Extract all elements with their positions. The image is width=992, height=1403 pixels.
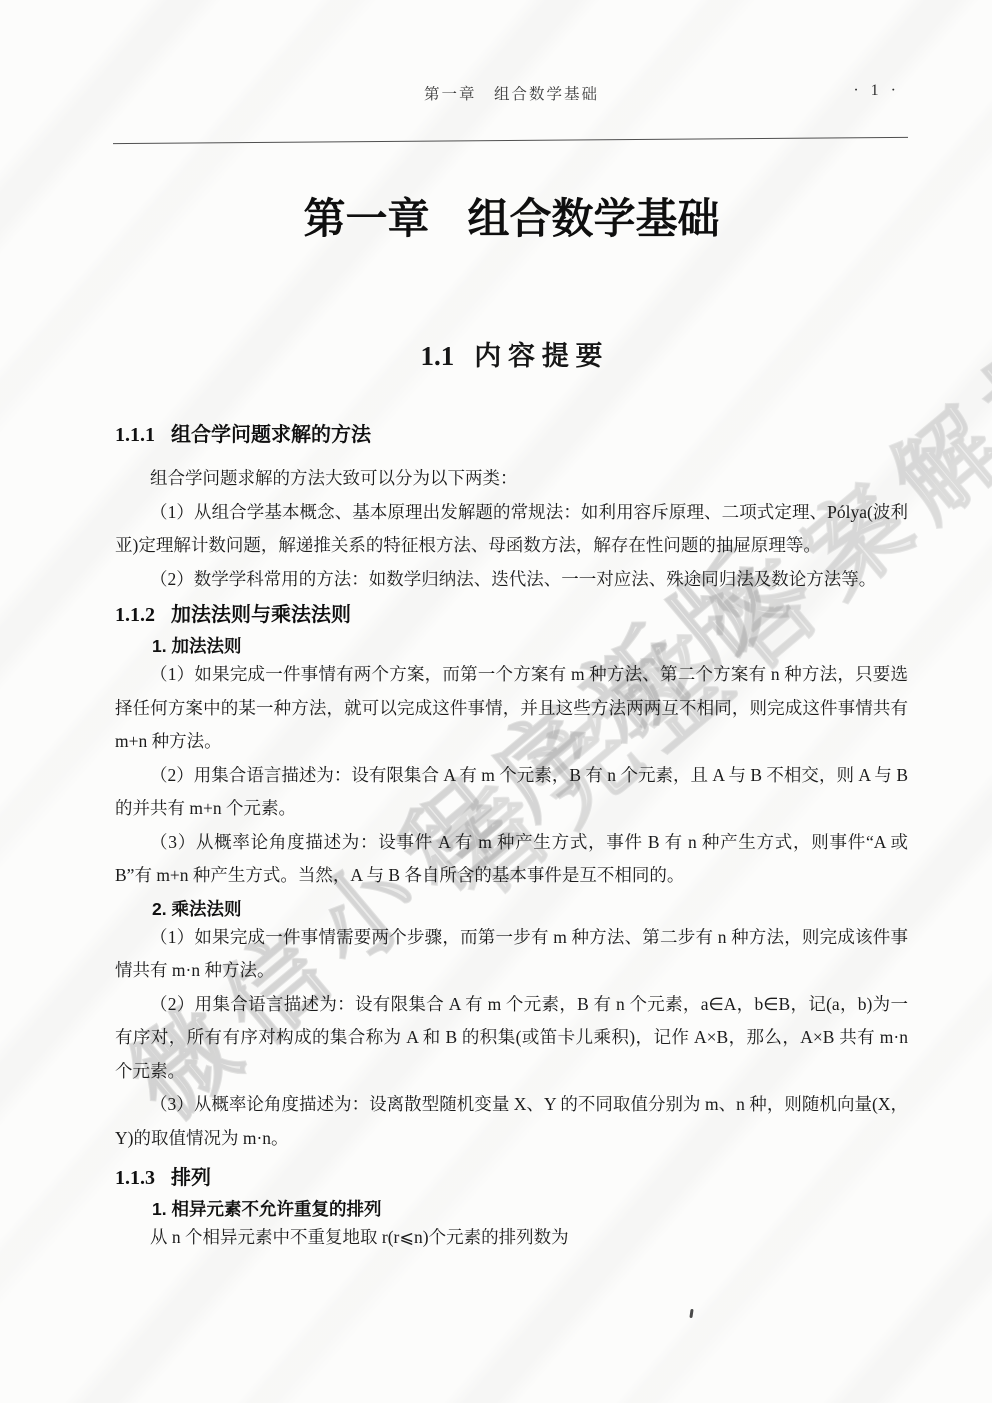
paragraph-permutation-intro: 从 n 个相异元素中不重复地取 r(r⩽n)个元素的排列数为 — [115, 1221, 908, 1255]
chapter-number: 第一章 — [303, 195, 429, 242]
subsection-heading-1-1-1: 1.1.1组合学问题求解的方法 — [115, 420, 908, 450]
subsection-title-1-1-1: 组合学问题求解的方法 — [171, 424, 371, 446]
page-number: · 1 · — [853, 82, 900, 100]
paragraph-multiplication-1: （1）如果完成一件事情需要两个步骤，而第一步有 m 种方法、第二步有 n 种方法… — [115, 921, 908, 988]
permutation-heading: 1. 相异元素不允许重复的排列 — [115, 1197, 908, 1221]
ink-speck — [689, 1309, 693, 1318]
paragraph-multiplication-3: （3）从概率论角度描述为：设离散型随机变量 X、Y 的不同取值分别为 m、n 种… — [115, 1088, 908, 1155]
paragraph-intro: 组合学问题求解的方法大致可以分为以下两类： — [115, 462, 908, 496]
paragraph-addition-3: （3）从概率论角度描述为：设事件 A 有 m 种产生方式，事件 B 有 n 种产… — [115, 826, 908, 893]
chapter-title-text: 组合数学基础 — [468, 195, 720, 242]
running-header: 第一章 组合数学基础 · 1 · — [115, 82, 908, 106]
subsection-title-1-1-3: 排列 — [171, 1167, 211, 1189]
paragraph-addition-1: （1）如果完成一件事情有两个方案，而第一个方案有 m 种方法、第二个方案有 n … — [115, 658, 908, 759]
subsection-number-1-1-1: 1.1.1 — [115, 424, 155, 446]
paragraph-addition-2: （2）用集合语言描述为：设有限集合 A 有 m 个元素，B 有 n 个元素，且 … — [115, 759, 908, 826]
subsection-number-1-1-2: 1.1.2 — [115, 604, 155, 626]
section-number: 1.1 — [421, 341, 455, 371]
chapter-title: 第一章组合数学基础 — [115, 190, 908, 248]
addition-rule-heading: 1. 加法法则 — [115, 634, 908, 658]
subsection-number-1-1-3: 1.1.3 — [115, 1167, 155, 1189]
subsection-title-1-1-2: 加法法则与乘法法则 — [171, 604, 351, 626]
book-page: 微信小程序新版 看完整答案解析 第一章 组合数学基础 · 1 · 第一章组合数学… — [0, 0, 992, 1403]
section-title-text: 内 容 提 要 — [474, 341, 602, 371]
page-body: 第一章组合数学基础 1.1内 容 提 要 1.1.1组合学问题求解的方法 组合学… — [115, 140, 908, 1255]
paragraph-method-2: （2）数学学科常用的方法：如数学归纳法、迭代法、一一对应法、殊途同归法及数论方法… — [115, 563, 908, 597]
multiplication-rule-heading: 2. 乘法法则 — [115, 897, 908, 921]
running-header-title: 第一章 组合数学基础 — [115, 82, 908, 104]
subsection-heading-1-1-3: 1.1.3排列 — [115, 1163, 908, 1193]
subsection-heading-1-1-2: 1.1.2加法法则与乘法法则 — [115, 600, 908, 630]
paragraph-multiplication-2: （2）用集合语言描述为：设有限集合 A 有 m 个元素，B 有 n 个元素，a∈… — [115, 988, 908, 1089]
section-title: 1.1内 容 提 要 — [115, 336, 908, 376]
paragraph-method-1: （1）从组合学基本概念、基本原理出发解题的常规法：如利用容斥原理、二项式定理、P… — [115, 496, 908, 563]
